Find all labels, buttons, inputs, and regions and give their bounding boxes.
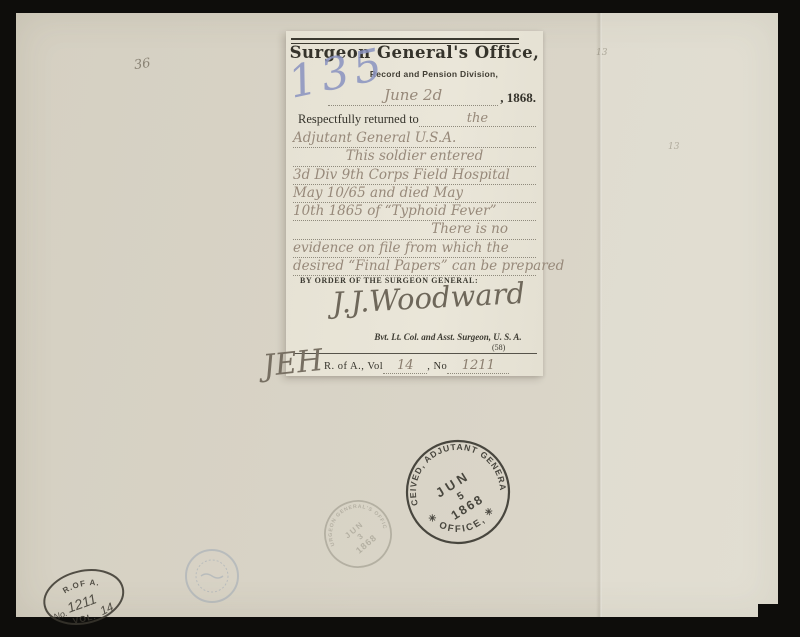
pencil-page-mark: 36	[133, 56, 151, 73]
body-line: Adjutant General U.S.A.	[293, 130, 536, 148]
record-prefix: R. of A., Vol	[324, 361, 383, 372]
body-line: evidence on file from which the	[293, 240, 536, 258]
returned-line: Respectfully returned to the	[298, 111, 536, 127]
faint-pencil-mark: 13	[668, 142, 679, 152]
body-line: May 10/65 and died May	[293, 185, 536, 203]
stamp-month: JUN	[433, 468, 473, 501]
body-line: 10th 1865 of “Typhoid Fever”	[293, 203, 536, 221]
handwritten-number: 1211	[447, 358, 509, 374]
record-of-action-line: R. of A., Vol 14 , No 1211	[324, 356, 534, 372]
stamp-top-text: R.OF A.	[60, 575, 102, 596]
faint-pencil-mark: 13	[596, 48, 607, 58]
signer-title: Bvt. Lt. Col. and Asst. Surgeon, U. S. A…	[354, 332, 542, 342]
returned-label: Respectfully returned to	[298, 112, 419, 127]
clerk-initials: JEH	[261, 343, 324, 384]
stamp-illegible-mark	[201, 574, 223, 578]
body-line: There is no	[293, 221, 536, 239]
handwritten-returned-to: the	[419, 111, 536, 127]
scan-corner-notch	[758, 604, 780, 618]
body-line: This soldier entered	[293, 148, 536, 166]
footer-rule	[294, 353, 537, 354]
handwritten-volume: 14	[383, 358, 427, 374]
paper-fold-panel	[600, 13, 778, 617]
record-no-label: , No	[427, 361, 447, 372]
svg-text:R.OF A.: R.OF A.	[60, 575, 102, 596]
fold-crease	[596, 13, 602, 617]
form-number: (58)	[492, 343, 505, 352]
body-line: 3d Div 9th Corps Field Hospital	[293, 167, 536, 185]
printed-year: , 1868.	[498, 90, 536, 106]
stamp-vol-value: 14	[98, 600, 116, 618]
faint-blue-stamp	[183, 547, 241, 605]
stamp-no-label: No.	[52, 608, 69, 622]
handwritten-body: Adjutant General U.S.A. This soldier ent…	[293, 130, 536, 276]
received-adjutant-general-stamp: RECEIVED, ADJUTANT GENERAL'S ✳ OFFICE, ✳…	[395, 429, 521, 555]
body-line: desired “Final Papers” can be prepared	[293, 258, 536, 276]
